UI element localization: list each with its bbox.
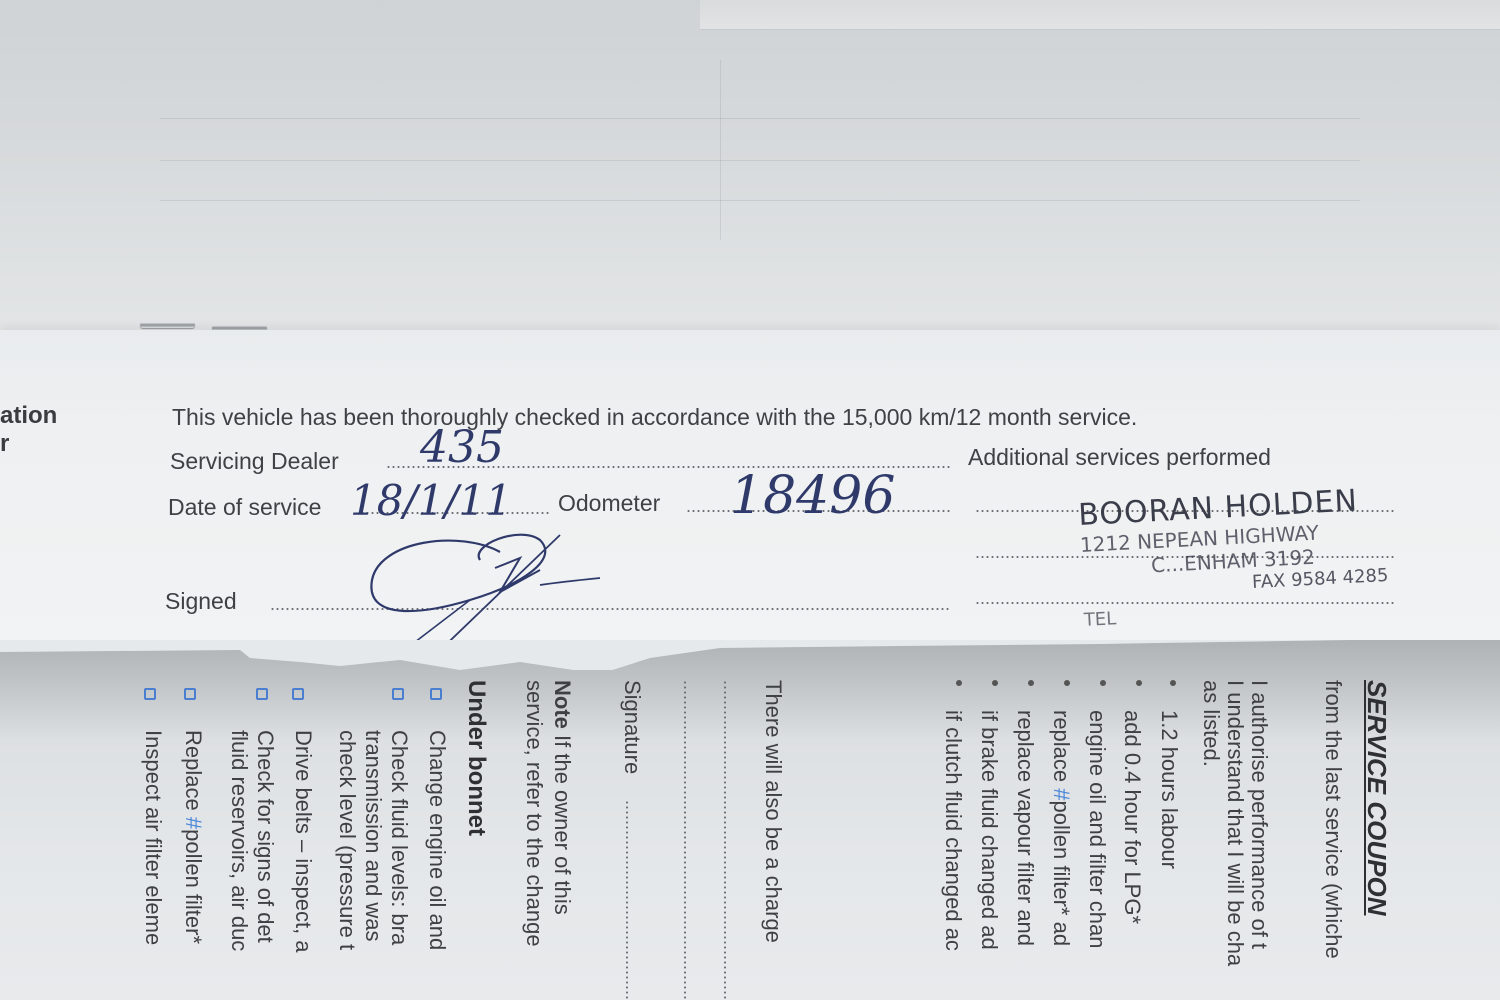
authorise-line: I understand that I will be cha	[1222, 680, 1248, 966]
checklist-item: Change engine oil and	[424, 730, 450, 950]
authorise-line: as listed.	[1198, 680, 1224, 767]
torn-edge	[0, 640, 1500, 670]
checkbox[interactable]	[392, 688, 404, 700]
note-line-2: service, refer to the change	[521, 680, 547, 947]
checklist-item: Drive belts – inspect, a	[290, 730, 316, 953]
ghost-rule	[160, 160, 1360, 161]
bullet-item: replace vapour filter and	[1012, 710, 1038, 946]
checkbox[interactable]	[144, 688, 156, 700]
signature-field[interactable]	[626, 800, 628, 1000]
checkbox[interactable]	[256, 688, 268, 700]
stamp-tel: TEL	[1083, 608, 1116, 631]
bullet-item: add 0.4 hour for LPG*	[1119, 710, 1145, 924]
bullet-icon	[1064, 680, 1070, 686]
bullet-icon	[1100, 680, 1106, 686]
checkbox[interactable]	[292, 688, 304, 700]
bullet-icon	[1136, 680, 1142, 686]
checklist-item: transmission and was	[360, 730, 386, 942]
bullet-icon	[1170, 680, 1176, 686]
checkbox[interactable]	[184, 688, 196, 700]
checklist-item: Replace #pollen filter*	[180, 730, 206, 944]
charge-field[interactable]	[684, 680, 686, 1000]
checklist-item: fluid reservoirs, air duc	[226, 730, 252, 951]
ghost-rule	[160, 118, 1360, 119]
charge-text: There will also be a charge	[760, 680, 786, 943]
bullet-item: if brake fluid changed ad	[976, 710, 1002, 950]
hash-marker: #	[181, 817, 206, 829]
checklist-item: Check for signs of det	[252, 730, 278, 943]
note-text: If the owner of this	[550, 735, 575, 915]
staple-icon	[140, 322, 195, 328]
hash-marker: #	[1049, 788, 1074, 800]
coupon-subtitle: from the last service (whiche	[1320, 680, 1346, 959]
back-sheet	[0, 0, 1500, 340]
coupon-title: SERVICE COUPON	[1361, 680, 1392, 916]
ghost-rule	[160, 200, 1360, 201]
ghost-rule	[720, 60, 721, 240]
checklist-item: Check fluid levels: bra	[386, 730, 412, 945]
note-line: Note If the owner of this	[549, 680, 575, 915]
signature-label: Signature	[619, 680, 645, 774]
bullet-item: 1.2 hours labour	[1156, 710, 1182, 869]
checkbox[interactable]	[430, 688, 442, 700]
charge-field[interactable]	[724, 680, 726, 1000]
authorise-line: I authorise performance of t	[1246, 680, 1272, 949]
bullet-item: replace #pollen filter* ad	[1048, 710, 1074, 946]
bullet-item: engine oil and filter chan	[1084, 710, 1110, 949]
under-page: SERVICE COUPON from the last service (wh…	[0, 640, 1500, 1000]
dealer-stamp: BOORAN HOLDEN 1212 NEPEAN HIGHWAY C...EN…	[1077, 482, 1388, 602]
section-title: Under bonnet	[462, 680, 490, 836]
bullet-icon	[1028, 680, 1034, 686]
bullet-item: if clutch fluid changed ac	[940, 710, 966, 951]
service-coupon: ation r This vehicle has been thoroughly…	[0, 330, 1500, 650]
bullet-icon	[956, 680, 962, 686]
page-fold	[700, 0, 1500, 30]
checklist-item: Inspect air filter eleme	[140, 730, 166, 945]
note-label: Note	[550, 680, 575, 729]
bullet-icon	[992, 680, 998, 686]
checklist-item: check level (pressure t	[334, 730, 360, 950]
